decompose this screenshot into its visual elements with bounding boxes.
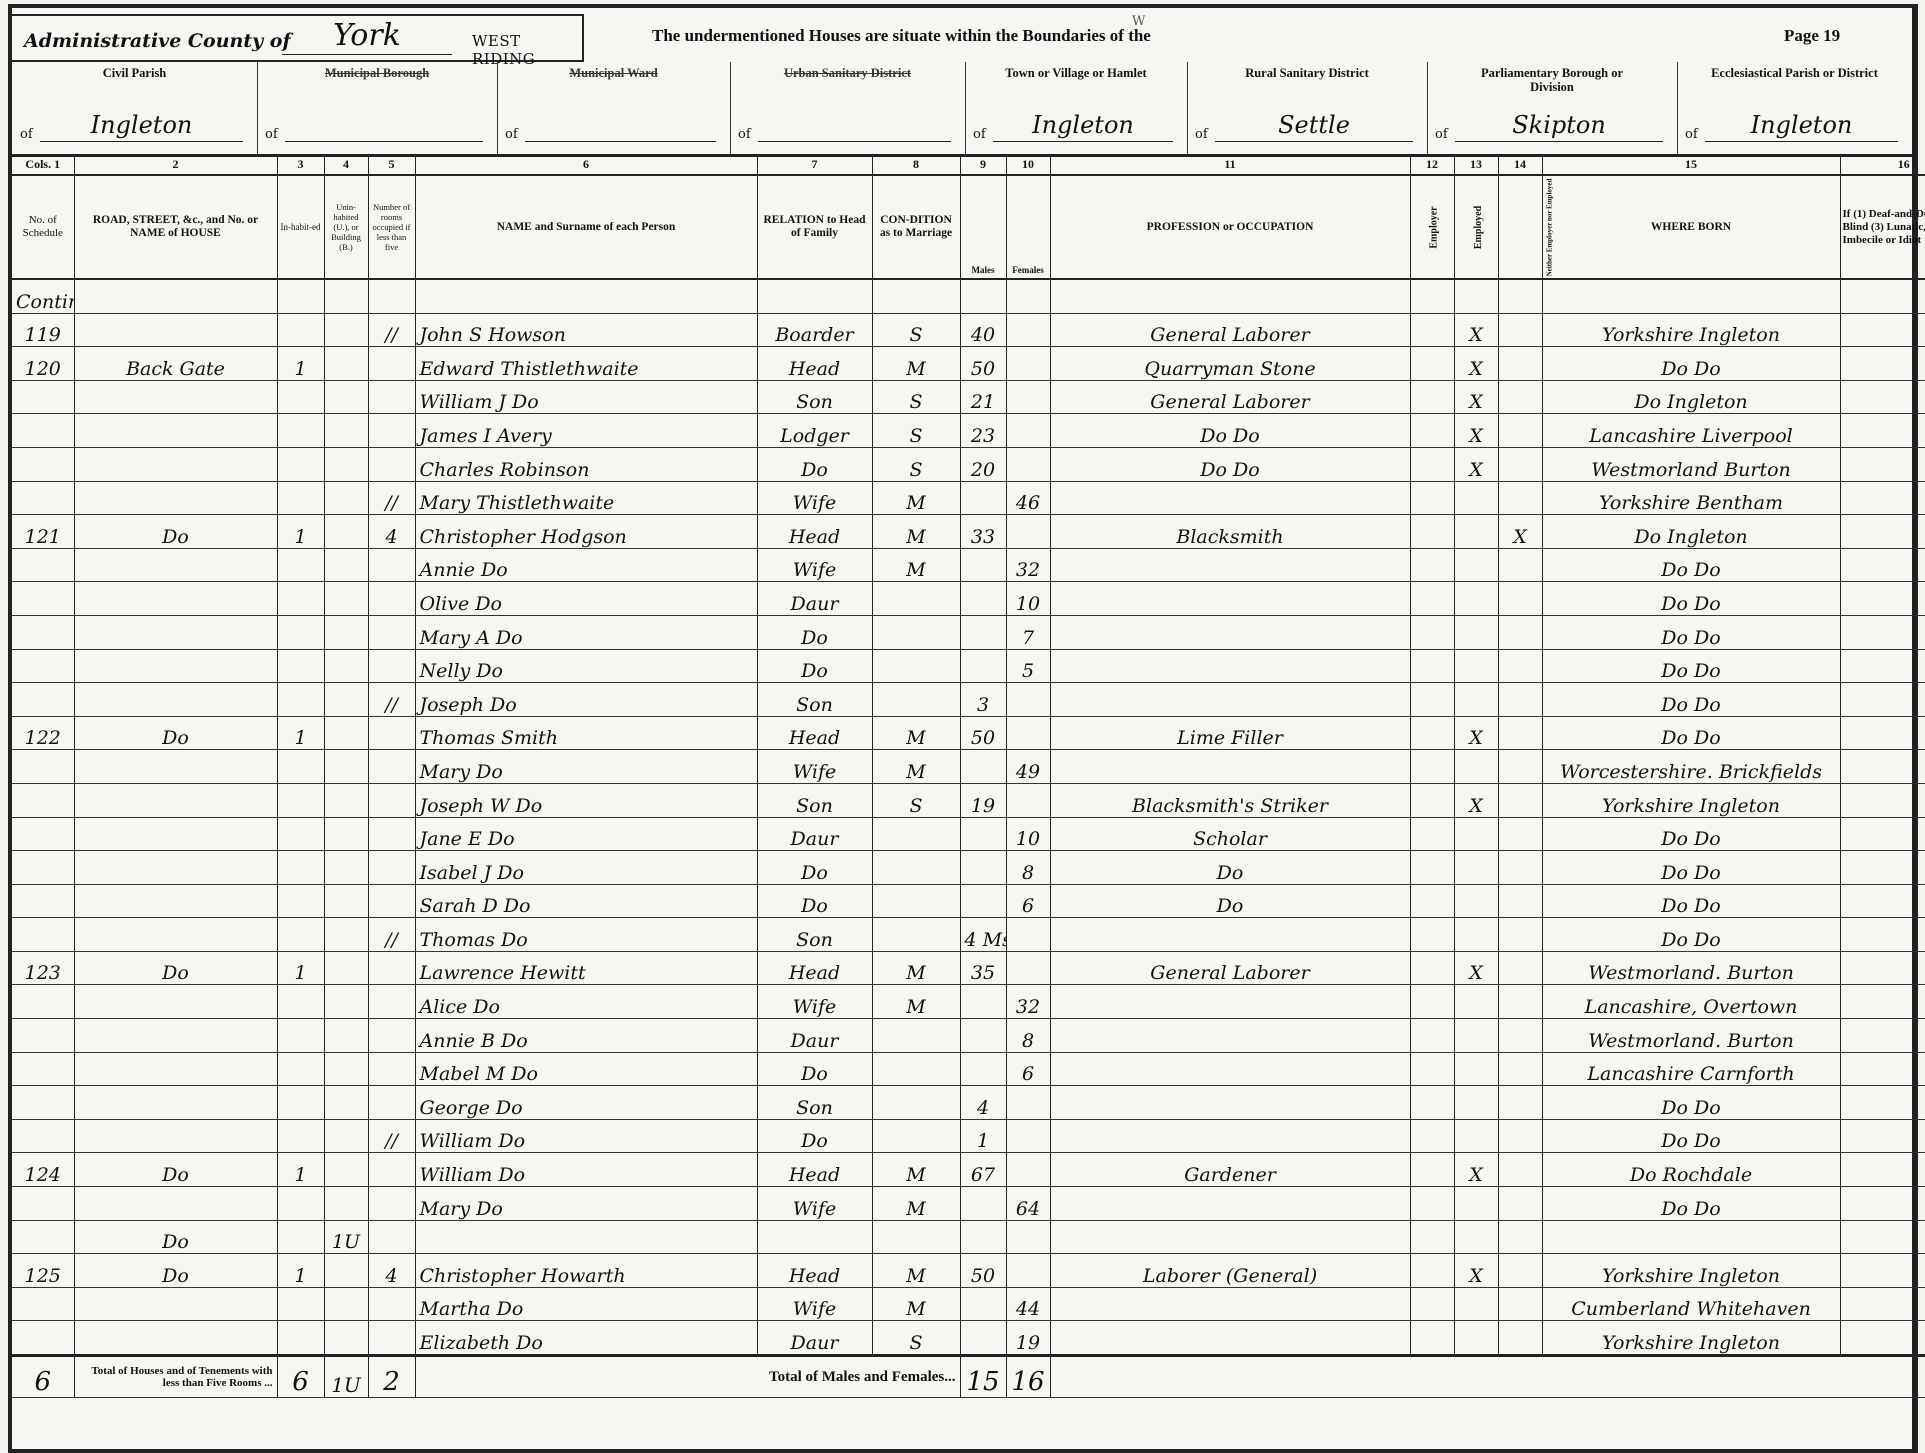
employer-cell (1410, 1321, 1454, 1356)
uninhabited-cell (324, 1119, 368, 1153)
infirmity-cell (1840, 1019, 1925, 1053)
district-parliamentary: Parliamentary Borough or Division of Ski… (1427, 62, 1678, 154)
female-age-cell: 32 (1006, 548, 1050, 582)
infirmity-cell (1840, 481, 1925, 515)
where-born-cell: Do Do (1542, 683, 1840, 717)
name-cell: Martha Do (415, 1287, 757, 1321)
road-cell (74, 1119, 277, 1153)
neither-cell (1498, 447, 1542, 481)
female-age-cell (1006, 1220, 1050, 1254)
relation-cell: Wife (757, 1287, 872, 1321)
infirmity-cell (1840, 582, 1925, 616)
district-value: Ingleton (1705, 109, 1898, 142)
table-row: //Thomas DoSon4 MsDo Do (12, 918, 1925, 952)
condition-cell: S (872, 380, 960, 414)
neither-cell (1498, 1254, 1542, 1288)
table-row: Alice DoWifeM32Lancashire, Overtown (12, 985, 1925, 1019)
table-row: 124Do1William DoHeadM67GardenerXDo Rochd… (12, 1153, 1925, 1187)
colnum-4: 4 (324, 154, 368, 175)
neither-cell (1498, 1287, 1542, 1321)
occupation-cell (1050, 918, 1410, 952)
condition-cell: S (872, 783, 960, 817)
infirmity-cell (1840, 1254, 1925, 1288)
where-born-cell: Yorkshire Ingleton (1542, 1254, 1840, 1288)
inhabited-cell (277, 817, 324, 851)
total-schedules: 6 (12, 1356, 74, 1398)
colnum-3: 3 (277, 154, 324, 175)
occupation-cell (1050, 1287, 1410, 1321)
occupation-cell (1050, 1019, 1410, 1053)
where-born-cell: Do Do (1542, 548, 1840, 582)
schedule-cell: Continued (12, 279, 74, 313)
relation-cell (757, 1220, 872, 1254)
where-born-cell: Do Ingleton (1542, 380, 1840, 414)
district-label: Municipal Ward (497, 66, 730, 80)
name-cell: Annie Do (415, 548, 757, 582)
table-row: Jane E DoDaur10ScholarDo Do (12, 817, 1925, 851)
relation-cell: Do (757, 851, 872, 885)
where-born-cell: Westmorland. Burton (1542, 1019, 1840, 1053)
employer-cell (1410, 985, 1454, 1019)
male-age-cell (960, 851, 1006, 885)
condition-cell: S (872, 313, 960, 347)
where-born-cell: Yorkshire Bentham (1542, 481, 1840, 515)
road-cell (74, 582, 277, 616)
neither-cell (1498, 615, 1542, 649)
neither-cell (1498, 1321, 1542, 1356)
rooms-cell (368, 783, 415, 817)
condition-cell: S (872, 447, 960, 481)
table-row: Annie B DoDaur8Westmorland. Burton (12, 1019, 1925, 1053)
header-infirmity: If (1) Deaf-and-Dumb (2) Blind (3) Lunat… (1840, 175, 1925, 279)
male-age-cell (960, 817, 1006, 851)
where-born-cell: Cumberland Whitehaven (1542, 1287, 1840, 1321)
female-age-cell (1006, 1119, 1050, 1153)
schedule-cell (12, 380, 74, 414)
where-born-cell (1542, 279, 1840, 313)
rooms-cell (368, 380, 415, 414)
inhabited-cell (277, 1220, 324, 1254)
uninhabited-cell (324, 783, 368, 817)
infirmity-cell (1840, 1052, 1925, 1086)
district-rural-sanitary: Rural Sanitary District of Settle (1187, 62, 1428, 154)
employed-cell (1454, 750, 1498, 784)
header-employer-text: Employer (1427, 206, 1440, 248)
male-age-cell: 4 (960, 1086, 1006, 1120)
header-inhabited: In-habit-ed (277, 175, 324, 279)
employer-cell (1410, 918, 1454, 952)
inhabited-cell (277, 615, 324, 649)
occupation-cell: Blacksmith's Striker (1050, 783, 1410, 817)
where-born-cell: Do Do (1542, 884, 1840, 918)
name-cell: Alice Do (415, 985, 757, 1019)
uninhabited-cell (324, 750, 368, 784)
employer-cell (1410, 716, 1454, 750)
stamp-mark: W (1132, 14, 1145, 29)
name-cell: Charles Robinson (415, 447, 757, 481)
where-born-cell: Do Do (1542, 1187, 1840, 1221)
neither-cell (1498, 1019, 1542, 1053)
of-label: of (505, 127, 518, 142)
header-employed: Employed (1454, 175, 1498, 279)
occupation-cell: Gardener (1050, 1153, 1410, 1187)
employed-cell (1454, 548, 1498, 582)
header-neither-text: Neither Employer nor Employed (1543, 179, 1556, 277)
uninhabited-cell (324, 985, 368, 1019)
occupation-cell (1050, 1086, 1410, 1120)
occupation-cell (1050, 1187, 1410, 1221)
neither-cell (1498, 918, 1542, 952)
colnum-5: 5 (368, 154, 415, 175)
name-cell: Jane E Do (415, 817, 757, 851)
header-employed-text: Employed (1472, 205, 1485, 248)
top-border (12, 4, 1912, 8)
female-age-cell: 10 (1006, 582, 1050, 616)
female-age-cell: 7 (1006, 615, 1050, 649)
inhabited-cell (277, 380, 324, 414)
district-value: Settle (1215, 109, 1413, 142)
schedule-cell (12, 1019, 74, 1053)
admin-county-box: Administrative County of York WEST RIDIN… (12, 14, 584, 62)
where-born-cell: Do Do (1542, 649, 1840, 683)
inhabited-cell (277, 447, 324, 481)
census-page: Administrative County of York WEST RIDIN… (8, 4, 1918, 1453)
uninhabited-cell (324, 447, 368, 481)
total-uninhabited: 1U (324, 1356, 368, 1398)
employer-cell (1410, 515, 1454, 549)
female-age-cell: 8 (1006, 1019, 1050, 1053)
road-cell: Do (74, 1220, 277, 1254)
employer-cell (1410, 447, 1454, 481)
where-born-cell: Do Do (1542, 851, 1840, 885)
employer-cell (1410, 1287, 1454, 1321)
neither-cell (1498, 817, 1542, 851)
schedule-cell (12, 548, 74, 582)
condition-cell: M (872, 951, 960, 985)
total-persons-label: Total of Males and Females... (415, 1356, 960, 1398)
female-age-cell (1006, 1254, 1050, 1288)
uninhabited-cell (324, 1052, 368, 1086)
occupation-cell: Quarryman Stone (1050, 347, 1410, 381)
table-row: James I AveryLodgerS23Do DoXLancashire L… (12, 414, 1925, 448)
schedule-cell (12, 582, 74, 616)
table-row: 121Do14Christopher HodgsonHeadM33Blacksm… (12, 515, 1925, 549)
occupation-cell: Blacksmith (1050, 515, 1410, 549)
district-value (758, 109, 951, 142)
employed-cell: X (1454, 1254, 1498, 1288)
name-cell: Mary Thistlethwaite (415, 481, 757, 515)
male-age-cell: 4 Ms (960, 918, 1006, 952)
schedule-cell (12, 985, 74, 1019)
district-value: Ingleton (993, 109, 1173, 142)
schedule-cell (12, 817, 74, 851)
uninhabited-cell (324, 1254, 368, 1288)
employed-cell: X (1454, 347, 1498, 381)
employed-cell: X (1454, 716, 1498, 750)
rooms-cell (368, 414, 415, 448)
infirmity-cell (1840, 1187, 1925, 1221)
where-born-cell: Do Do (1542, 1086, 1840, 1120)
employer-cell (1410, 347, 1454, 381)
inhabited-cell (277, 313, 324, 347)
employer-cell (1410, 380, 1454, 414)
occupation-cell: Do Do (1050, 414, 1410, 448)
condition-cell (872, 582, 960, 616)
where-born-cell: Yorkshire Ingleton (1542, 1321, 1840, 1356)
uninhabited-cell: 1U (324, 1220, 368, 1254)
table-row: Mary A DoDo7Do Do (12, 615, 1925, 649)
employed-cell (1454, 1052, 1498, 1086)
road-cell (74, 1321, 277, 1356)
inhabited-cell (277, 884, 324, 918)
inhabited-cell: 1 (277, 1153, 324, 1187)
male-age-cell: 33 (960, 515, 1006, 549)
employer-cell (1410, 851, 1454, 885)
female-age-cell (1006, 951, 1050, 985)
female-age-cell: 64 (1006, 1187, 1050, 1221)
neither-cell (1498, 649, 1542, 683)
header-name: NAME and Surname of each Person (415, 175, 757, 279)
condition-cell: M (872, 515, 960, 549)
male-age-cell (960, 1052, 1006, 1086)
neither-cell (1498, 783, 1542, 817)
employed-cell (1454, 918, 1498, 952)
table-row: Do1U (12, 1220, 1925, 1254)
employed-cell: X (1454, 380, 1498, 414)
colnum-12: 12 (1410, 154, 1454, 175)
district-municipal-ward: Municipal Ward of (497, 62, 731, 154)
road-cell (74, 481, 277, 515)
total-houses-label: Total of Houses and of Tenements with le… (74, 1356, 277, 1398)
header-occupation: PROFESSION or OCCUPATION (1050, 175, 1410, 279)
table-row: 125Do14Christopher HowarthHeadM50Laborer… (12, 1254, 1925, 1288)
infirmity-cell (1840, 1153, 1925, 1187)
male-age-cell (960, 985, 1006, 1019)
uninhabited-cell (324, 1321, 368, 1356)
table-row: Mabel M DoDo6Lancashire Carnforth (12, 1052, 1925, 1086)
uninhabited-cell (324, 649, 368, 683)
neither-cell (1498, 985, 1542, 1019)
schedule-cell (12, 1052, 74, 1086)
name-cell: James I Avery (415, 414, 757, 448)
condition-cell: M (872, 985, 960, 1019)
female-age-cell (1006, 380, 1050, 414)
condition-cell (872, 817, 960, 851)
total-rooms: 2 (368, 1356, 415, 1398)
inhabited-cell: 1 (277, 951, 324, 985)
rooms-cell: // (368, 1119, 415, 1153)
header-employer: Employer (1410, 175, 1454, 279)
rooms-cell (368, 615, 415, 649)
employed-cell (1454, 1086, 1498, 1120)
employer-cell (1410, 750, 1454, 784)
district-label: Parliamentary Borough or Division (1427, 66, 1677, 94)
condition-cell: M (872, 1254, 960, 1288)
inhabited-cell (277, 1019, 324, 1053)
schedule-cell (12, 1119, 74, 1153)
employer-cell (1410, 1153, 1454, 1187)
rooms-cell (368, 1052, 415, 1086)
name-cell: Thomas Smith (415, 716, 757, 750)
road-cell (74, 1052, 277, 1086)
rooms-cell (368, 1187, 415, 1221)
condition-cell (872, 1086, 960, 1120)
occupation-cell: Do Do (1050, 447, 1410, 481)
where-born-cell: Do Do (1542, 1119, 1840, 1153)
of-label: of (20, 127, 33, 142)
rooms-cell (368, 1321, 415, 1356)
name-cell: Mabel M Do (415, 1052, 757, 1086)
inhabited-cell (277, 1287, 324, 1321)
employed-cell (1454, 582, 1498, 616)
female-age-cell: 44 (1006, 1287, 1050, 1321)
occupation-cell (1050, 615, 1410, 649)
table-row: William J DoSonS21General LaborerXDo Ing… (12, 380, 1925, 414)
neither-cell (1498, 1187, 1542, 1221)
occupation-cell: General Laborer (1050, 951, 1410, 985)
table-row: 123Do1Lawrence HewittHeadM35General Labo… (12, 951, 1925, 985)
male-age-cell (960, 1321, 1006, 1356)
uninhabited-cell (324, 716, 368, 750)
name-cell: Isabel J Do (415, 851, 757, 885)
rooms-cell (368, 851, 415, 885)
relation-cell: Boarder (757, 313, 872, 347)
female-age-cell (1006, 313, 1050, 347)
relation-cell: Wife (757, 1187, 872, 1221)
employed-cell: X (1454, 783, 1498, 817)
employer-cell (1410, 783, 1454, 817)
employed-cell: X (1454, 447, 1498, 481)
male-age-cell: 50 (960, 347, 1006, 381)
uninhabited-cell (324, 1153, 368, 1187)
road-cell (74, 851, 277, 885)
header-age-males: Males (960, 175, 1006, 279)
condition-cell: M (872, 716, 960, 750)
male-age-cell (960, 750, 1006, 784)
female-age-cell (1006, 783, 1050, 817)
male-age-cell (960, 481, 1006, 515)
infirmity-cell (1840, 750, 1925, 784)
totals-blank (1050, 1356, 1925, 1398)
relation-cell: Head (757, 716, 872, 750)
uninhabited-cell (324, 548, 368, 582)
neither-cell (1498, 1052, 1542, 1086)
where-born-cell: Lancashire Carnforth (1542, 1052, 1840, 1086)
inhabited-cell (277, 985, 324, 1019)
occupation-cell: Do (1050, 884, 1410, 918)
schedule-cell (12, 1287, 74, 1321)
infirmity-cell (1840, 851, 1925, 885)
schedule-cell (12, 447, 74, 481)
female-age-cell (1006, 447, 1050, 481)
rooms-cell: // (368, 313, 415, 347)
rooms-cell: 4 (368, 515, 415, 549)
occupation-cell: Scholar (1050, 817, 1410, 851)
infirmity-cell (1840, 783, 1925, 817)
neither-cell (1498, 1086, 1542, 1120)
male-age-cell (960, 1220, 1006, 1254)
condition-cell (872, 918, 960, 952)
road-cell (74, 313, 277, 347)
rooms-cell: // (368, 481, 415, 515)
uninhabited-cell (324, 884, 368, 918)
condition-cell: M (872, 1287, 960, 1321)
male-age-cell: 40 (960, 313, 1006, 347)
relation-cell: Do (757, 447, 872, 481)
employer-cell (1410, 313, 1454, 347)
occupation-cell (1050, 750, 1410, 784)
colnum-1: Cols. 1 (12, 154, 74, 175)
district-civil-parish: Civil Parish of Ingleton (12, 62, 258, 154)
road-cell: Do (74, 515, 277, 549)
occupation-cell (1050, 683, 1410, 717)
name-cell: William J Do (415, 380, 757, 414)
rooms-cell: 4 (368, 1254, 415, 1288)
neither-cell (1498, 582, 1542, 616)
female-age-cell: 5 (1006, 649, 1050, 683)
employed-cell: X (1454, 414, 1498, 448)
relation-cell: Wife (757, 985, 872, 1019)
table-row: //Mary ThistlethwaiteWifeM46Yorkshire Be… (12, 481, 1925, 515)
condition-cell: M (872, 548, 960, 582)
name-cell: William Do (415, 1119, 757, 1153)
neither-cell (1498, 313, 1542, 347)
neither-cell (1498, 548, 1542, 582)
district-value: Skipton (1455, 109, 1663, 142)
schedule-cell (12, 683, 74, 717)
table-row: 119//John S HowsonBoarderS40General Labo… (12, 313, 1925, 347)
table-row: Nelly DoDo5Do Do (12, 649, 1925, 683)
name-cell: Mary Do (415, 1187, 757, 1221)
colnum-16: 16 (1840, 154, 1925, 175)
schedule-cell (12, 918, 74, 952)
employer-cell (1410, 414, 1454, 448)
inhabited-cell (277, 582, 324, 616)
relation-cell: Son (757, 380, 872, 414)
inhabited-cell (277, 649, 324, 683)
table-row: Joseph W DoSonS19Blacksmith's StrikerXYo… (12, 783, 1925, 817)
schedule-cell: 123 (12, 951, 74, 985)
schedule-cell (12, 1086, 74, 1120)
header-where-born: WHERE BORN (1542, 175, 1840, 279)
name-cell: Christopher Hodgson (415, 515, 757, 549)
employer-cell (1410, 884, 1454, 918)
schedule-cell (12, 1321, 74, 1356)
inhabited-cell (277, 1119, 324, 1153)
inhabited-cell (277, 481, 324, 515)
employed-cell (1454, 1019, 1498, 1053)
colnum-15: 15 (1542, 154, 1840, 175)
schedule-cell (12, 750, 74, 784)
road-cell: Do (74, 1254, 277, 1288)
male-age-cell: 20 (960, 447, 1006, 481)
district-label: Town or Village or Hamlet (965, 66, 1187, 80)
employed-cell (1454, 1287, 1498, 1321)
male-age-cell: 67 (960, 1153, 1006, 1187)
district-urban-sanitary: Urban Sanitary District of (730, 62, 966, 154)
neither-cell (1498, 414, 1542, 448)
name-cell: Elizabeth Do (415, 1321, 757, 1356)
schedule-cell (12, 851, 74, 885)
colnum-7: 7 (757, 154, 872, 175)
male-age-cell: 23 (960, 414, 1006, 448)
totals-row: 6 Total of Houses and of Tenements with … (12, 1356, 1925, 1398)
female-age-cell: 49 (1006, 750, 1050, 784)
condition-cell (872, 851, 960, 885)
table-row: 122Do1Thomas SmithHeadM50Lime FillerXDo … (12, 716, 1925, 750)
employed-cell (1454, 649, 1498, 683)
header-age-females: Females (1006, 175, 1050, 279)
